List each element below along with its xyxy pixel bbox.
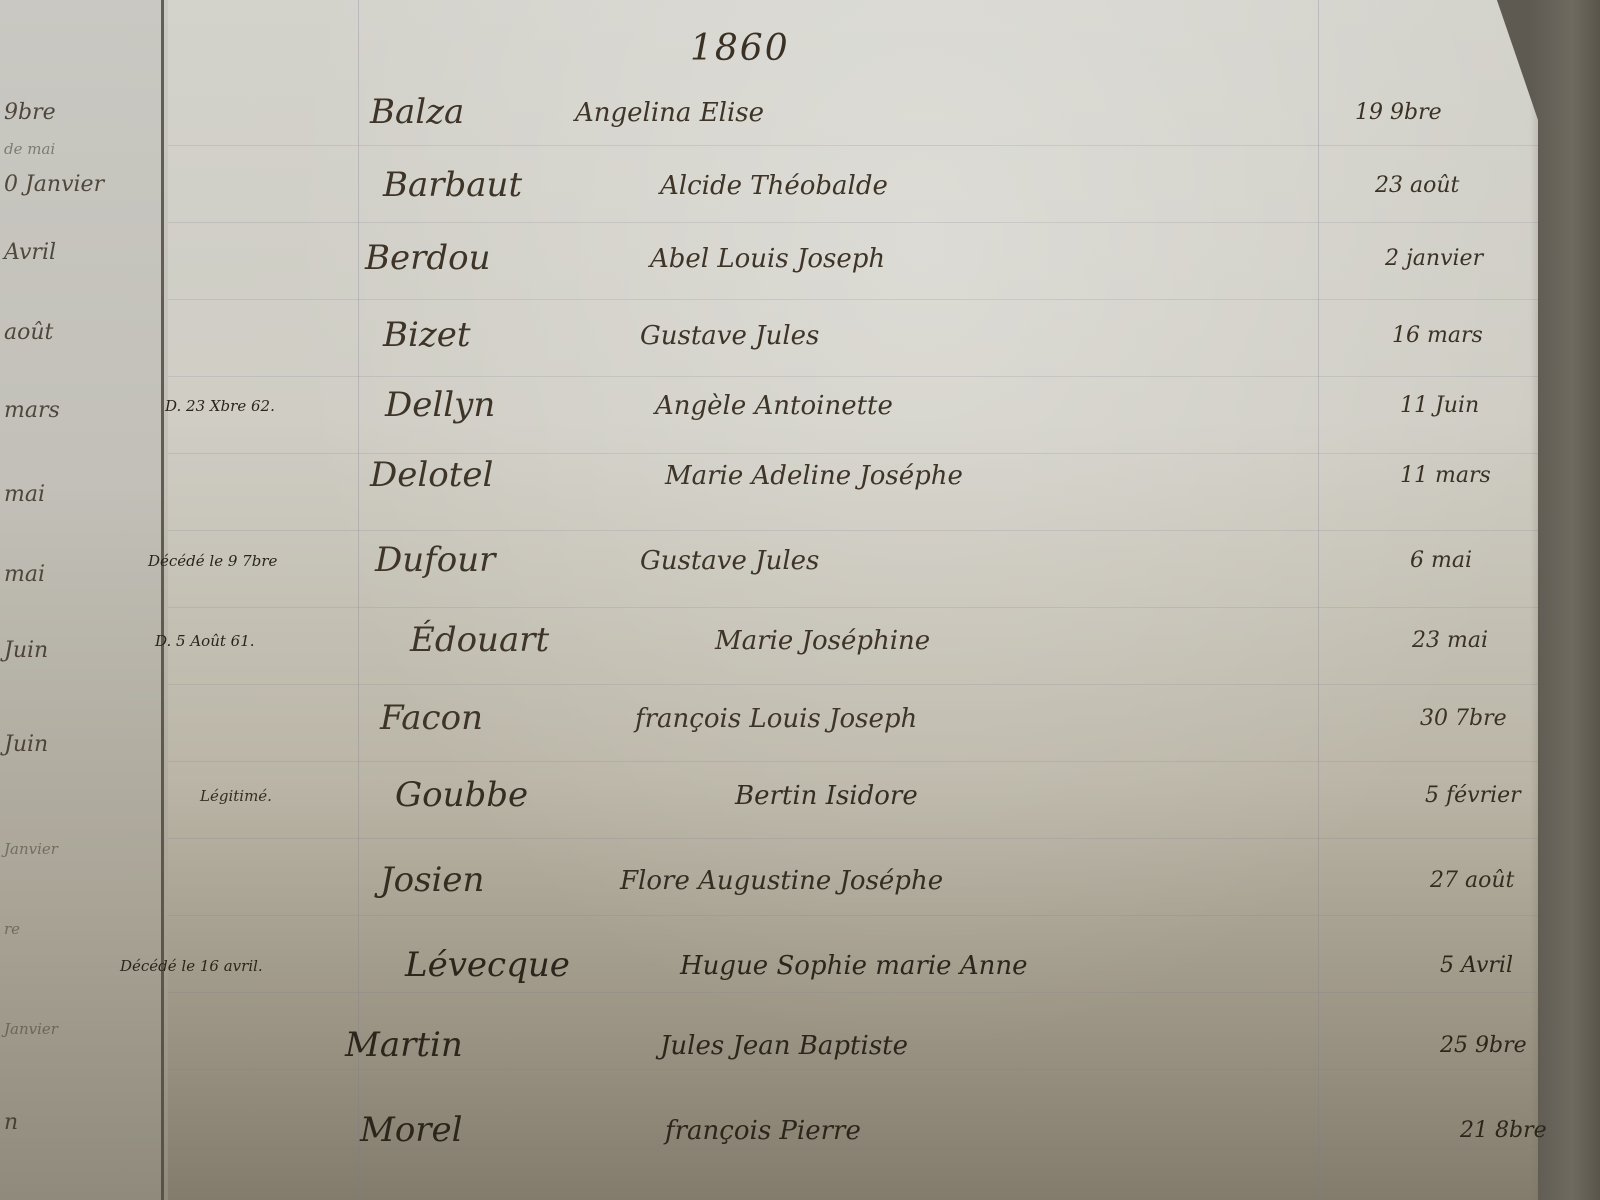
entry-date: 5 Avril [1440, 953, 1513, 978]
entry-date: 19 9bre [1355, 100, 1442, 125]
entry-surname: Delotel [370, 455, 493, 495]
ruled-line [168, 607, 1538, 608]
entry-given-names: Marie Adeline Joséphe [665, 461, 963, 491]
register-photo: 9brede mai0 JanvierAvrilaoûtmarsmaimaiJu… [0, 0, 1600, 1200]
entry-surname: Barbaut [383, 165, 522, 205]
entry-given-names: Hugue Sophie marie Anne [680, 951, 1027, 981]
ruled-line [168, 376, 1538, 377]
register-entry: Balza Angelina Elise 19 9bre [0, 92, 1600, 152]
register-entry: Josien Flore Augustine Joséphe 27 août [0, 860, 1600, 920]
previous-page-date: Janvier [4, 840, 58, 858]
entry-date: 6 mai [1410, 548, 1472, 573]
entry-given-names: Gustave Jules [640, 546, 819, 576]
entry-date: 27 août [1430, 868, 1514, 893]
entry-surname: Dellyn [385, 385, 495, 425]
entry-date: 11 Juin [1400, 393, 1479, 418]
entry-surname: Balza [370, 92, 464, 132]
entry-surname: Facon [380, 698, 483, 738]
year-heading: 1860 [690, 28, 790, 69]
register-entry: Bizet Gustave Jules 16 mars [0, 315, 1600, 375]
entry-given-names: Flore Augustine Joséphe [620, 866, 943, 896]
entry-given-names: françois Pierre [665, 1116, 861, 1146]
ruled-line [168, 299, 1538, 300]
entry-note: D. 5 Août 61. [155, 632, 255, 650]
ruled-line [168, 684, 1538, 685]
register-entry: Delotel Marie Adeline Joséphe 11 mars [0, 455, 1600, 515]
entry-surname: Goubbe [395, 775, 528, 815]
ruled-line [168, 453, 1538, 454]
entry-note: Légitimé. [200, 787, 272, 805]
entry-surname: Dufour [375, 540, 495, 580]
ruled-line [168, 761, 1538, 762]
entry-surname: Josien [380, 860, 484, 900]
entry-given-names: Alcide Théobalde [660, 171, 888, 201]
entry-surname: Morel [360, 1110, 463, 1150]
entry-given-names: Jules Jean Baptiste [660, 1031, 908, 1061]
register-entry: Morel françois Pierre 21 8bre [0, 1110, 1600, 1170]
register-entry: D. 23 Xbre 62. Dellyn Angèle Antoinette … [0, 385, 1600, 445]
register-entry: Décédé le 9 7bre Dufour Gustave Jules 6 … [0, 540, 1600, 600]
entry-note: Décédé le 16 avril. [120, 957, 263, 975]
register-entry: Barbaut Alcide Théobalde 23 août [0, 165, 1600, 225]
ruled-line [168, 838, 1538, 839]
entry-date: 16 mars [1392, 323, 1483, 348]
entry-given-names: Angèle Antoinette [655, 391, 893, 421]
register-entry: Berdou Abel Louis Joseph 2 janvier [0, 238, 1600, 298]
entry-given-names: Abel Louis Joseph [650, 244, 885, 274]
entry-date: 23 mai [1412, 628, 1488, 653]
entry-surname: Berdou [365, 238, 491, 278]
register-entry: Facon françois Louis Joseph 30 7bre [0, 698, 1600, 758]
entry-surname: Bizet [383, 315, 471, 355]
entry-given-names: Marie Joséphine [715, 626, 930, 656]
entry-surname: Martin [345, 1025, 463, 1065]
register-entry: D. 5 Août 61. Édouart Marie Joséphine 23… [0, 620, 1600, 680]
entry-given-names: françois Louis Joseph [635, 704, 917, 734]
register-entry: Légitimé. Goubbe Bertin Isidore 5 févrie… [0, 775, 1600, 835]
entry-given-names: Gustave Jules [640, 321, 819, 351]
entry-date: 25 9bre [1440, 1033, 1527, 1058]
entry-note: Décédé le 9 7bre [148, 552, 277, 570]
entry-given-names: Angelina Elise [575, 98, 764, 128]
ruled-line [168, 530, 1538, 531]
entry-date: 2 janvier [1385, 246, 1483, 271]
entry-date: 30 7bre [1420, 706, 1507, 731]
register-entry: Martin Jules Jean Baptiste 25 9bre [0, 1025, 1600, 1085]
register-entry: Décédé le 16 avril. Lévecque Hugue Sophi… [0, 945, 1600, 1005]
entry-surname: Édouart [410, 620, 549, 660]
previous-page-date: re [4, 920, 20, 938]
entry-note: D. 23 Xbre 62. [165, 397, 275, 415]
entry-date: 5 février [1425, 783, 1521, 808]
entry-date: 11 mars [1400, 463, 1491, 488]
entry-date: 23 août [1375, 173, 1459, 198]
entry-date: 21 8bre [1460, 1118, 1547, 1143]
entry-surname: Lévecque [405, 945, 570, 985]
entry-given-names: Bertin Isidore [735, 781, 918, 811]
